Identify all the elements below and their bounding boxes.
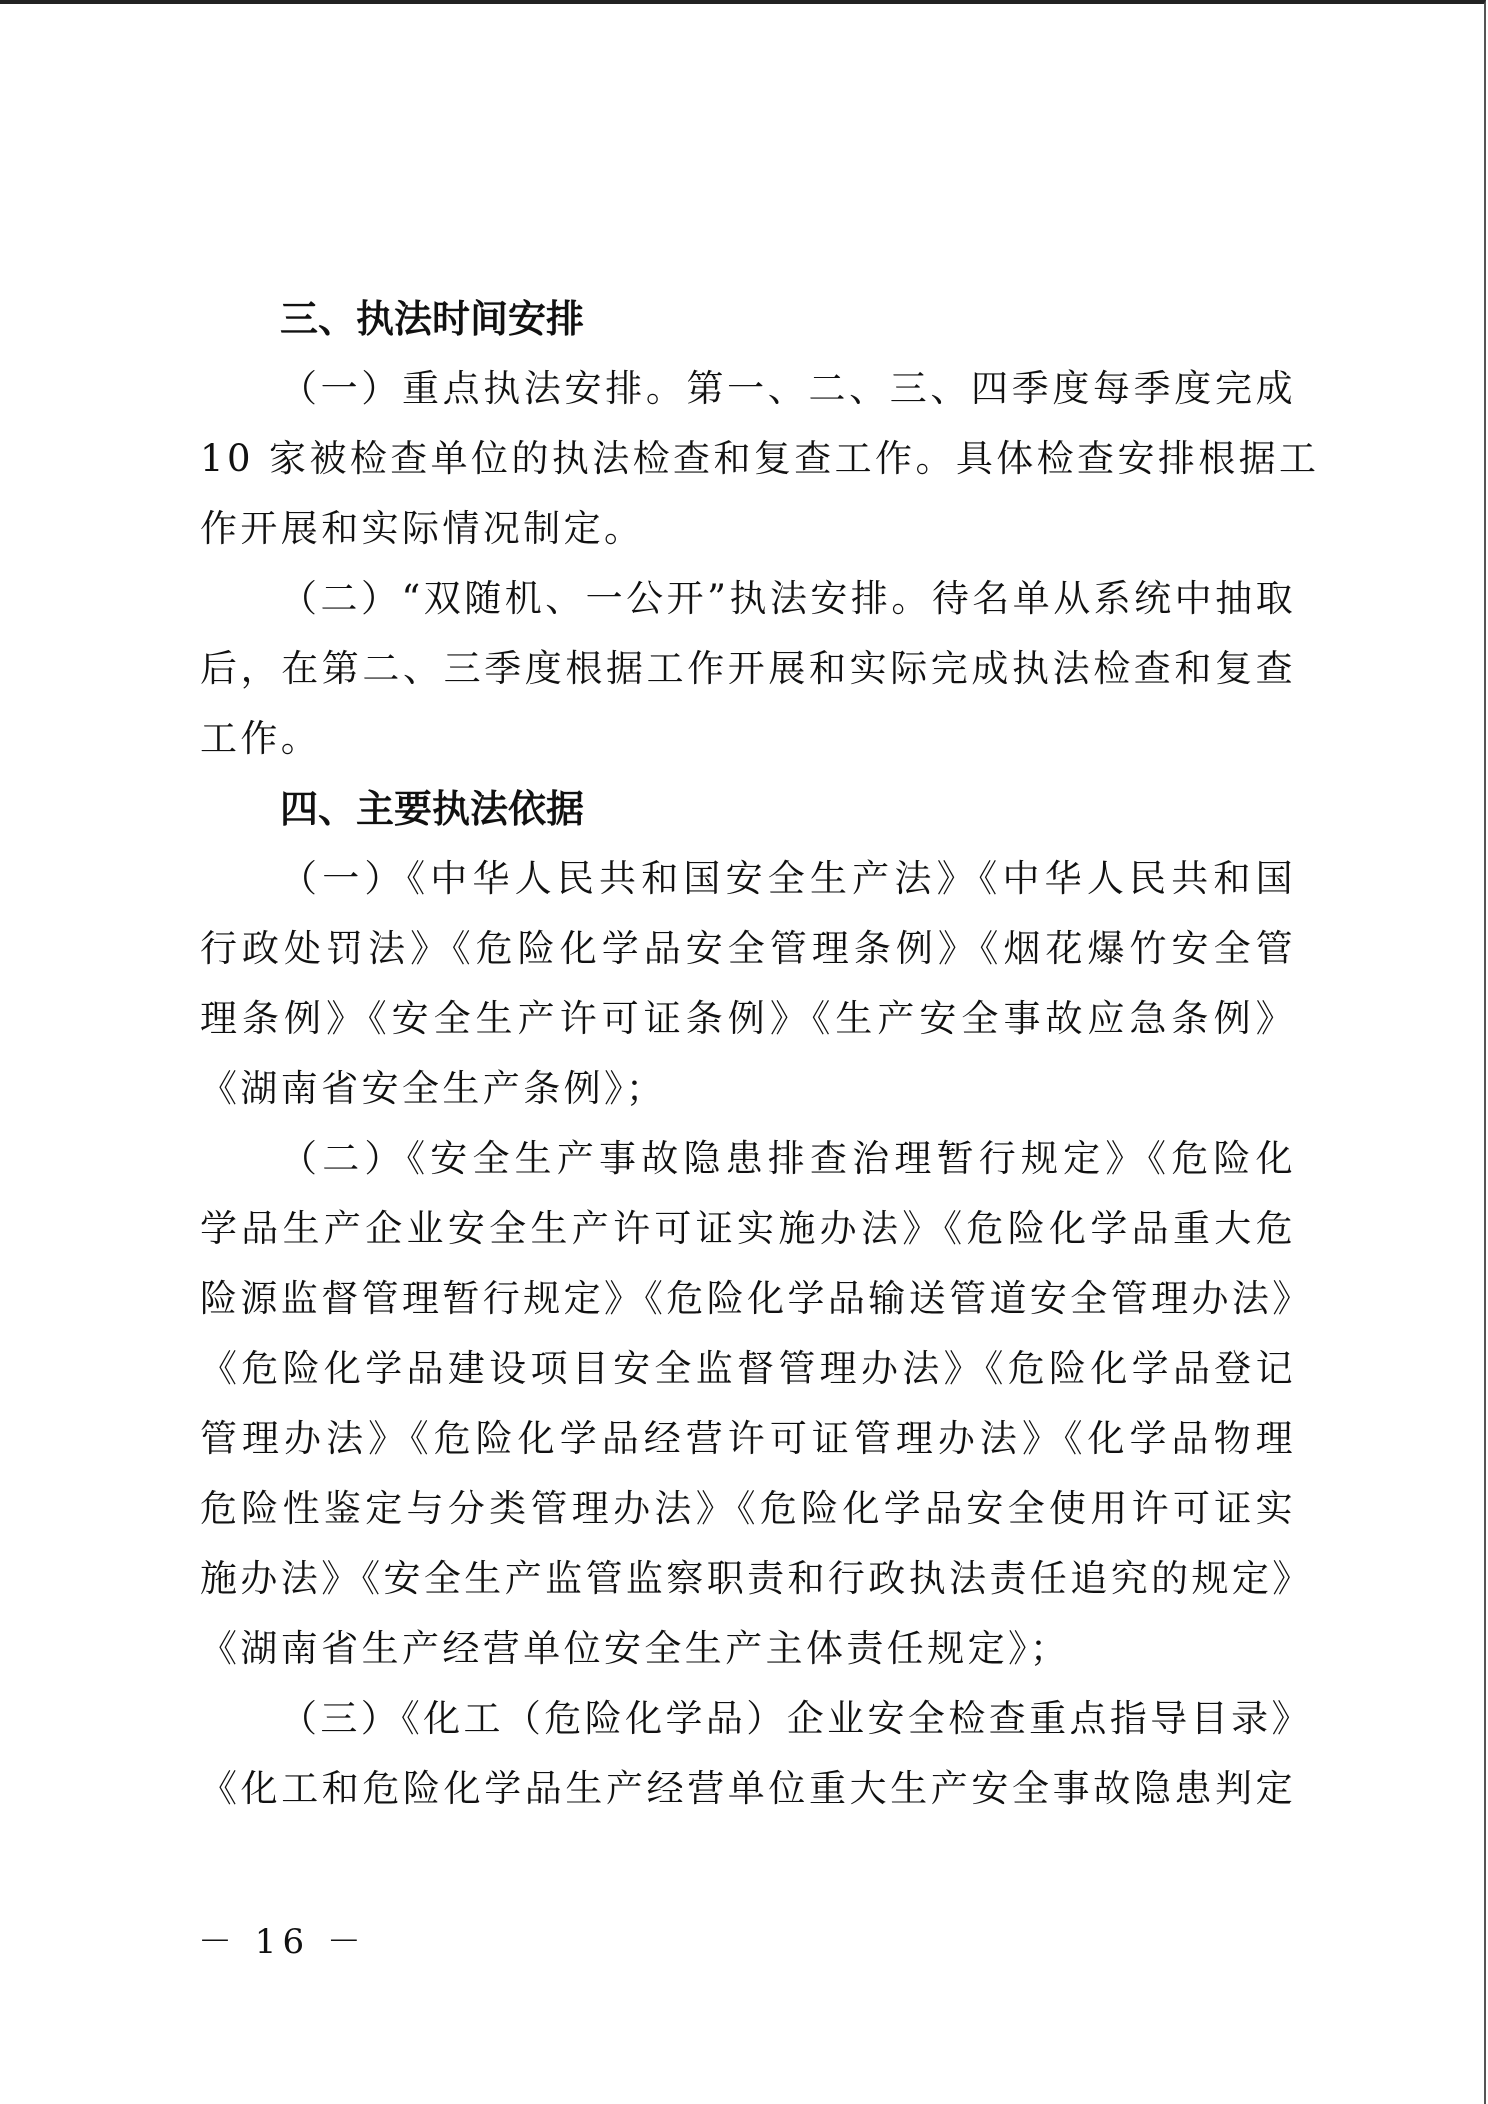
paragraph-line: 险源监督管理暂行规定》《危险化学品输送管道安全管理办法》: [200, 1264, 1296, 1334]
page-number: － 16 －: [198, 1914, 367, 1963]
paragraph-line: 《湖南省安全生产条例》；: [200, 1054, 1296, 1124]
paragraph-line: 学品生产企业安全生产许可证实施办法》《危险化学品重大危: [200, 1194, 1296, 1264]
paragraph-line: 后，在第二、三季度根据工作开展和实际完成执法检查和复查: [200, 634, 1296, 704]
paragraph-line: （一）《中华人民共和国安全生产法》《中华人民共和国: [200, 844, 1296, 914]
paragraph-line: 《危险化学品建设项目安全监督管理办法》《危险化学品登记: [200, 1334, 1296, 1404]
paragraph-line: 危险性鉴定与分类管理办法》《危险化学品安全使用许可证实: [200, 1474, 1296, 1544]
paragraph-line: （二）《安全生产事故隐患排查治理暂行规定》《危险化: [200, 1124, 1296, 1194]
section-heading-legal-basis: 四、主要执法依据: [200, 774, 1296, 844]
paragraph-line: 理条例》《安全生产许可证条例》《生产安全事故应急条例》: [200, 984, 1296, 1054]
paragraph-line: 《湖南省生产经营单位安全生产主体责任规定》；: [200, 1614, 1296, 1684]
paragraph-line: 施办法》《安全生产监管监察职责和行政执法责任追究的规定》: [200, 1544, 1296, 1614]
paragraph-line: 10 家被检查单位的执法检查和复查工作。具体检查安排根据工: [200, 424, 1296, 494]
paragraph-line: （三）《化工（危险化学品）企业安全检查重点指导目录》: [200, 1684, 1296, 1754]
paragraph-line: 《化工和危险化学品生产经营单位重大生产安全事故隐患判定: [200, 1754, 1296, 1824]
paragraph-line: （一）重点执法安排。第一、二、三、四季度每季度完成: [200, 354, 1296, 424]
paragraph-line: （二）“双随机、一公开”执法安排。待名单从系统中抽取: [200, 564, 1296, 634]
paragraph-line: 行政处罚法》《危险化学品安全管理条例》《烟花爆竹安全管: [200, 914, 1296, 984]
document-page: 三、执法时间安排 （一）重点执法安排。第一、二、三、四季度每季度完成 10 家被…: [0, 0, 1486, 2104]
paragraph-line: 工作。: [200, 704, 1296, 774]
page-body: 三、执法时间安排 （一）重点执法安排。第一、二、三、四季度每季度完成 10 家被…: [200, 284, 1296, 1824]
paragraph-line: 作开展和实际情况制定。: [200, 494, 1296, 564]
paragraph-line: 管理办法》《危险化学品经营许可证管理办法》《化学品物理: [200, 1404, 1296, 1474]
section-heading-schedule: 三、执法时间安排: [200, 284, 1296, 354]
